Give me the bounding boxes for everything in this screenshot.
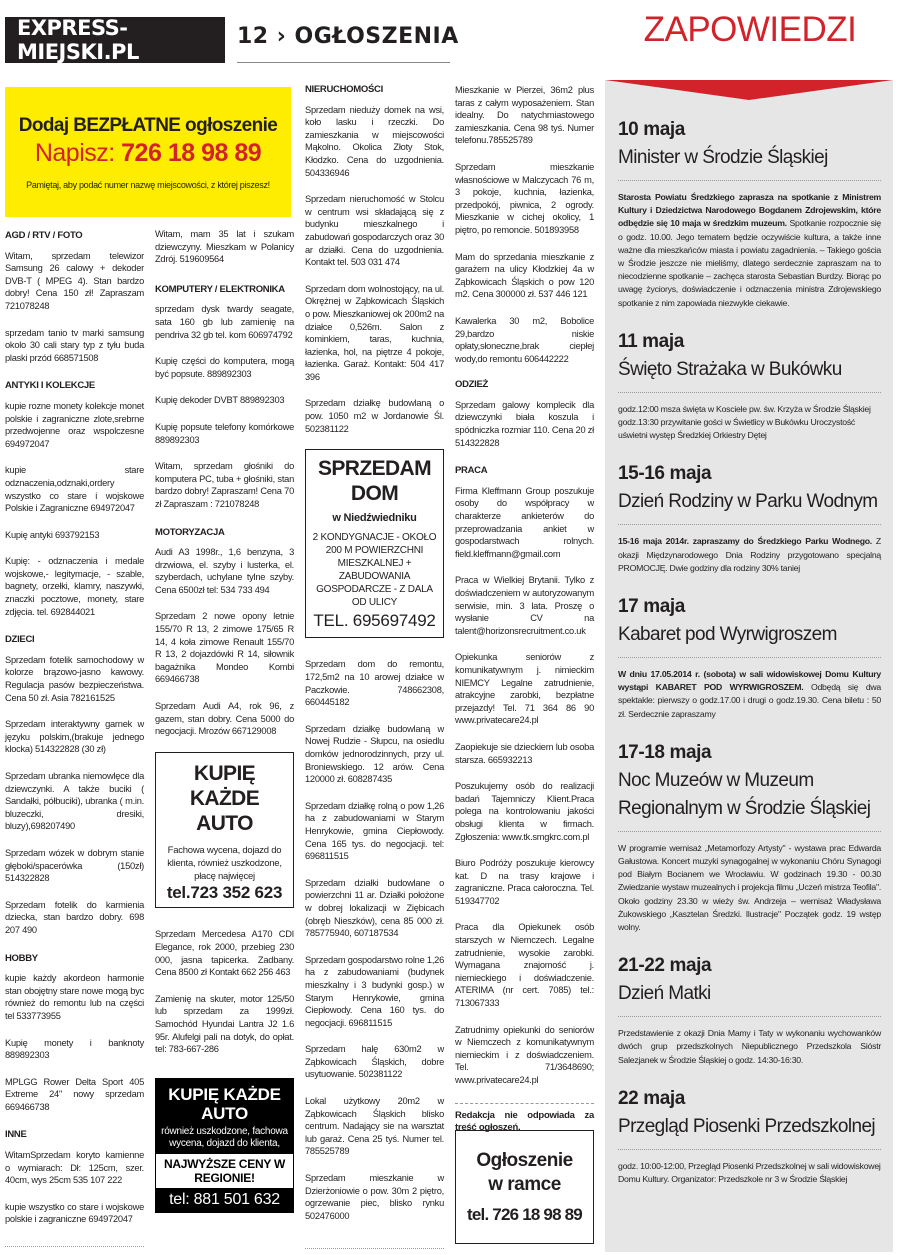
classified-ad: Witam, mam 35 lat i szukam dziewczyny. M… [155, 228, 294, 266]
buy-any-car-black-ad: KUPIĘ KAŻDE AUTO również uszkodzone, fac… [155, 1078, 294, 1213]
classified-ad: Sprzedam mieszkanie własnościowe w Malcz… [455, 161, 594, 237]
event-date: 11 maja [618, 330, 881, 354]
category-dzieci: DZIECI Sprzedam fotelik samochodowy w ko… [5, 634, 144, 936]
black-ad-body: również uszkodzone, fachowa wycena, doja… [156, 1123, 293, 1154]
event-body: godz. 10:00-12:00, Przegląd Piosenki Prz… [618, 1161, 881, 1184]
event-item: 15-16 maja Dzień Rodziny w Parku Wodnym … [618, 462, 881, 575]
event-item: 22 maja Przegląd Piosenki Przedszkolnej … [618, 1087, 881, 1186]
black-ad-phone: tel: 881 501 632 [156, 1188, 293, 1212]
promo-phone-number: 726 18 98 89 [121, 139, 261, 167]
event-divider [618, 392, 881, 393]
event-item: 11 maja Święto Strażaka w Bukówku godz.1… [618, 330, 881, 443]
event-item: 21-22 maja Dzień Matki Przedstawienie z … [618, 954, 881, 1067]
event-item: 17-18 maja Noc Muzeów w Muzeum Regionaln… [618, 741, 881, 934]
header-divider [237, 62, 450, 63]
classified-ad: Kawalerka 30 m2, Bobolice 29,bardzo nisk… [455, 315, 594, 365]
category-heading: MOTORYZACJA [155, 527, 294, 540]
category-hobby: HOBBY kupie każdy akordeon harmonie stan… [5, 953, 144, 1114]
classified-ad: Kupię: - odznaczenia i medale wojskowe,-… [5, 555, 144, 618]
classified-ad: Sprzedam mieszkanie w Dzierżoniowie o po… [305, 1172, 444, 1222]
classified-ad: Poszukujemy osób do realizacji badań Taj… [455, 780, 594, 843]
category-praca: PRACA Firma Kleffmann Group poszukuje os… [455, 465, 594, 1086]
classified-ad: Sprzedam dom wolnostojący, na ul. Okrężn… [305, 283, 444, 384]
event-date: 10 maja [618, 118, 881, 142]
classified-ad: Firma Kleffmann Group poszukuje osoby do… [455, 485, 594, 561]
classifieds-column-4: Mieszkanie w Pierzei, 36m2 plus taras z … [455, 84, 594, 1135]
framed-ad-promo: Ogłoszenie w ramce tel. 726 18 98 89 [455, 1130, 594, 1244]
event-date: 21-22 maja [618, 954, 881, 978]
classified-ad: Lokal użytkowy 20m2 w Ząbkowicach Śląski… [305, 1095, 444, 1158]
promo-phone-line: Napisz: 726 18 98 89 [35, 139, 261, 168]
event-title: Dzień Matki [618, 980, 881, 1008]
classified-ad: kupie wszystko co stare i wojskowe polsk… [5, 1201, 144, 1226]
classified-ad: Praca dla Opiekunek osób starszych w Nie… [455, 921, 594, 1009]
classified-ad: Audi A3 1998r., 1,6 benzyna, 3 drzwiowa,… [155, 546, 294, 596]
promo-note: Pamiętaj, aby podać numer nazwę miejscow… [26, 180, 270, 190]
column-end-rule [5, 1246, 144, 1247]
disclaimer-divider [455, 1103, 594, 1104]
classified-ad: Sprzedam działkę rolną o pow 1,26 ha z z… [305, 800, 444, 863]
category-heading: DZIECI [5, 634, 144, 647]
classified-ad: Kupię dekoder DVBT 889892303 [155, 394, 294, 407]
event-date: 22 maja [618, 1087, 881, 1111]
category-motoryzacja: MOTORYZACJA Audi A3 1998r., 1,6 benzyna,… [155, 527, 294, 1056]
promo-headline: Dodaj BEZPŁATNE ogłoszenie [19, 115, 278, 137]
event-lead: 15-16 maja 2014r. zapraszamy do Średzkie… [618, 536, 872, 546]
event-description: godz. 10:00-12:00, Przegląd Piosenki Prz… [618, 1160, 881, 1186]
event-body: Spotkanie rozpocznie się o godz. 10.00. … [618, 218, 881, 307]
classifieds-column-3: NIERUCHOMOŚCI Sprzedam nieduży domek na … [305, 84, 444, 1236]
event-date: 17-18 maja [618, 741, 881, 765]
box-ad-phone: tel.723 352 623 [160, 887, 289, 900]
classified-ad: Sprzedam halę 630m2 w Ząbkowicach Śląski… [305, 1043, 444, 1081]
classified-ad: WitamSprzedam koryto kamienne o wymiarac… [5, 1149, 144, 1187]
category-heading: ODZIEŻ [455, 379, 594, 392]
box-ad-headline: KUPIĘ KAŻDE AUTO [160, 761, 289, 836]
page-section-title: 12 › OGŁOSZENIA [237, 24, 459, 49]
category-agd: AGD / RTV / FOTO Witam, sprzedam telewiz… [5, 230, 144, 364]
classified-ad: kupie rozne monety kolekcje monet polski… [5, 400, 144, 450]
classified-ad: Mieszkanie w Pierzei, 36m2 plus taras z … [455, 84, 594, 147]
classifieds-column-2: Witam, mam 35 lat i szukam dziewczyny. M… [155, 228, 294, 1213]
event-title: Przegląd Piosenki Przedszkolnej [618, 1113, 881, 1141]
box-ad-phone: TEL. 695697492 [312, 615, 437, 628]
box-ad-body: 2 KONDYGNACJE - OKOŁO 200 M POWIERZCHNI … [312, 531, 437, 609]
event-description: Starosta Powiatu Średzkiego zaprasza na … [618, 191, 881, 310]
event-date: 15-16 maja [618, 462, 881, 486]
event-body: Przedstawienie z okazji Dnia Mamy i Taty… [618, 1028, 881, 1064]
box-ad-subhead: w Niedźwiedniku [312, 512, 437, 525]
event-title: Minister w Środzie Śląskiej [618, 144, 881, 172]
classified-ad: Sprzedam dom do remontu, 172,5m2 na 10 a… [305, 658, 444, 708]
masthead-text: EXPRESS-MIEJSKI.PL [17, 16, 225, 64]
event-date: 17 maja [618, 595, 881, 619]
category-heading: KOMPUTERY / ELEKTRONIKA [155, 284, 294, 297]
category-antyki: ANTYKI I KOLEKCJE kupie rozne monety kol… [5, 380, 144, 618]
event-body: godz.12:00 msza święta w Kosciele pw. św… [618, 404, 871, 440]
classified-ad: Sprzedam Audi A4, rok 96, z gazem, stan … [155, 700, 294, 738]
classified-ad: Kupię monety i banknoty 889892303 [5, 1037, 144, 1062]
framed-ad-line1: Ogłoszenie [456, 1149, 593, 1173]
classified-ad: Sprzedam działki budowlane o powierzchni… [305, 877, 444, 940]
classified-ad: Kupię antyki 693792153 [5, 529, 144, 542]
category-odziez: ODZIEŻ Sprzedam galowy komplecik dla dzi… [455, 379, 594, 449]
classified-ad: kupie każdy akordeon harmonie stan oboję… [5, 972, 144, 1022]
house-for-sale-box-ad: SPRZEDAM DOM w Niedźwiedniku 2 KONDYGNAC… [305, 449, 444, 638]
free-ad-promo-banner: Dodaj BEZPŁATNE ogłoszenie Napisz: 726 1… [5, 87, 291, 217]
classified-ad: Sprzedam galowy komplecik dla dziewczynk… [455, 399, 594, 449]
classified-ad: Zamienię na skuter, motor 125/50 lub spr… [155, 993, 294, 1056]
classified-ad: Zaopiekuje sie dzieckiem lub osoba stars… [455, 741, 594, 766]
classified-ad: Sprzedam fotelik do karmienia dziecka, s… [5, 899, 144, 937]
event-divider [618, 524, 881, 525]
event-divider [618, 180, 881, 181]
classified-ad: Biuro Podróży poszukuje kierowcy kat. D … [455, 857, 594, 907]
event-description: godz.12:00 msza święta w Kosciele pw. św… [618, 403, 881, 443]
event-description: W dniu 17.05.2014 r. (sobota) w sali wid… [618, 668, 881, 721]
category-heading: ANTYKI I KOLEKCJE [5, 380, 144, 393]
black-ad-highlight: NAJWYŻSZE CENY W REGIONIE! [156, 1154, 293, 1188]
classified-ad: sprzedam dysk twardy seagate, sata 160 g… [155, 303, 294, 341]
event-description: W programie wernisaż „Metamorfozy Artyst… [618, 842, 881, 934]
classified-ad: Praca w Wielkiej Brytanii. Tylko z doświ… [455, 574, 594, 637]
classified-ad: MPLGG Rower Delta Sport 405 Extreme 24" … [5, 1076, 144, 1114]
classified-ad: Sprzedam nieruchomość w Stolcu w centrum… [305, 193, 444, 269]
framed-ad-line2: w ramce [456, 1173, 593, 1197]
classified-ad: sprzedam tanio tv marki samsung okolo 30… [5, 327, 144, 365]
buy-any-car-box-ad: KUPIĘ KAŻDE AUTO Fachowa wycena, dojazd … [155, 752, 294, 909]
event-description: Przedstawienie z okazji Dnia Mamy i Taty… [618, 1027, 881, 1067]
event-description: 15-16 maja 2014r. zapraszamy do Średzkie… [618, 535, 881, 575]
event-title: Noc Muzeów w Muzeum Regionalnym w Środzi… [618, 767, 881, 823]
classified-ad: Kupię części do komputera, mogą być pops… [155, 355, 294, 380]
masthead-logo: EXPRESS-MIEJSKI.PL [5, 17, 225, 63]
category-heading: PRACA [455, 465, 594, 478]
category-heading: NIERUCHOMOŚCI [305, 84, 444, 97]
event-body: W programie wernisaż „Metamorfozy Artyst… [618, 843, 881, 932]
classified-ad: Witam, sprzedam głośniki do komputera PC… [155, 460, 294, 510]
column-end-rule [305, 1248, 444, 1249]
event-title: Dzień Rodziny w Parku Wodnym [618, 488, 881, 516]
classified-ad: Sprzedam działkę budowlaną o pow. 1050 m… [305, 397, 444, 435]
classified-ad: Sprzedam gospodarstwo rolne 1,26 ha z za… [305, 954, 444, 1030]
event-divider [618, 1016, 881, 1017]
category-komputery: KOMPUTERY / ELEKTRONIKA sprzedam dysk tw… [155, 284, 294, 511]
category-heading: AGD / RTV / FOTO [5, 230, 144, 243]
classified-ad: Kupię popsute telefony komórkowe 8898923… [155, 421, 294, 446]
promo-phone-prefix: Napisz: [35, 139, 121, 167]
event-divider [618, 831, 881, 832]
classified-ad: Witam, sprzedam telewizor Samsung 26 cal… [5, 250, 144, 313]
black-ad-headline: KUPIĘ KAŻDE AUTO [156, 1079, 293, 1123]
classified-ad: Zatrudnimy opiekunki do seniorów w Niemc… [455, 1024, 594, 1087]
classified-ad: Sprzedam wózek w dobrym stanie głęboki/s… [5, 847, 144, 885]
event-divider [618, 657, 881, 658]
category-heading: INNE [5, 1129, 144, 1142]
events-list: 10 maja Minister w Środzie Śląskiej Star… [618, 118, 881, 1206]
chevron-down-icon [605, 80, 893, 100]
box-ad-body: Fachowa wycena, dojazd do klienta, równi… [160, 844, 289, 883]
classified-ad: Opiekunka seniorów z komunikatywnym j. n… [455, 651, 594, 727]
event-item: 10 maja Minister w Środzie Śląskiej Star… [618, 118, 881, 310]
classifieds-column-1: AGD / RTV / FOTO Witam, sprzedam telewiz… [5, 230, 144, 1242]
classified-ad: Mam do sprzedania mieszkanie z garażem n… [455, 251, 594, 301]
framed-ad-phone: tel. 726 18 98 89 [456, 1205, 593, 1225]
classified-ad: kupie stare odznaczenia,odznaki,ordery w… [5, 464, 144, 514]
event-title: Święto Strażaka w Bukówku [618, 356, 881, 384]
event-divider [618, 1149, 881, 1150]
classified-ad: Sprzedam Mercedesa A170 CDI Elegance, ro… [155, 928, 294, 978]
classified-ad: Sprzedam interaktywny garnek w języku po… [5, 718, 144, 756]
classified-ad: Sprzedam 2 nowe opony letnie 155/70 R 13… [155, 610, 294, 686]
classified-ad: Sprzedam działkę budowlaną w Nowej Rudzi… [305, 723, 444, 786]
box-ad-headline: SPRZEDAM DOM [312, 456, 437, 506]
classified-ad: Sprzedam ubranka niemowlęce dla dziewczy… [5, 770, 144, 833]
category-inne: INNE WitamSprzedam koryto kamienne o wym… [5, 1129, 144, 1226]
category-heading: HOBBY [5, 953, 144, 966]
classified-ad: Sprzedam nieduży domek na wsi, koło lask… [305, 104, 444, 180]
event-title: Kabaret pod Wyrwigroszem [618, 621, 881, 649]
zapowiedzi-title: ZAPOWIEDZI [600, 10, 900, 50]
classified-ad: Sprzedam fotelik samochodowy w kolorze b… [5, 654, 144, 704]
event-item: 17 maja Kabaret pod Wyrwigroszem W dniu … [618, 595, 881, 721]
